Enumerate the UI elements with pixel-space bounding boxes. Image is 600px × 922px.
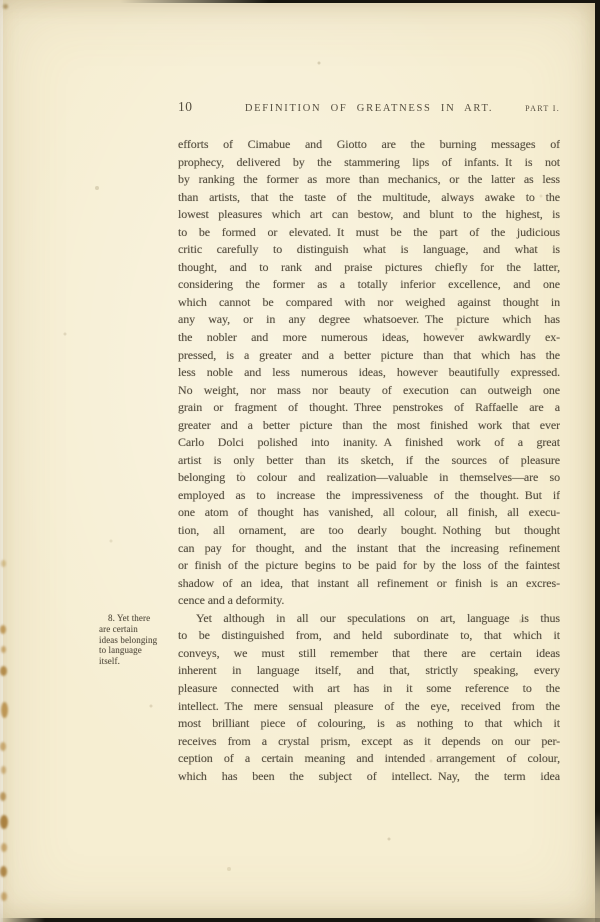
note-line: are certain (99, 624, 177, 635)
text-line: Yet although in all our speculations on … (178, 610, 560, 628)
page-number: 10 (178, 99, 193, 115)
text-line: cence and a deformity. (178, 592, 560, 610)
text-line: employed as to increase the impressivene… (178, 487, 560, 505)
text-line: grain or fragment of thought. Three pens… (178, 399, 560, 417)
text-line: inherent in language itself, and that, s… (178, 662, 560, 680)
text-line: shadow of an idea, that instant all refi… (178, 575, 560, 593)
paragraph: Yet although in all our speculations on … (178, 610, 560, 785)
text-line: can pay for thought, and the instant tha… (178, 540, 560, 558)
text-line: intellect. The mere sensual pleasure of … (178, 698, 560, 716)
text-line: considering the former as a totally infe… (178, 276, 560, 294)
text-line: to be distinguished from, and held subor… (178, 627, 560, 645)
text-line: lowest pleasures which art can bestow, a… (178, 206, 560, 224)
text-line: Carlo Dolci polished into inanity. A fin… (178, 434, 560, 452)
text-line: which cannot be compared with nor weighe… (178, 294, 560, 312)
text-line: pleasure connected with art has in it so… (178, 680, 560, 698)
page-header: 10 DEFINITION OF GREATNESS IN ART. PART … (178, 99, 560, 115)
scan-border-right (595, 0, 600, 922)
text-line: the nobler and more numerous ideas, howe… (178, 329, 560, 347)
text-line: conveys, we must still remember that the… (178, 645, 560, 663)
text-line: prophecy, delivered by the stammering li… (178, 154, 560, 172)
margin-note: 8. Yet thereare certainideas belongingto… (99, 613, 177, 667)
note-line: to language (99, 645, 177, 656)
text-line: receives from a crystal prism, except as… (178, 733, 560, 751)
text-line: belonging to colour and realization—valu… (178, 469, 560, 487)
text-line: No weight, nor mass nor beauty of execut… (178, 382, 560, 400)
text-line: tion, all ornament, are too dearly bough… (178, 522, 560, 540)
text-line: than artists, that the taste of the mult… (178, 189, 560, 207)
text-line: any way, or in any degree whatsoever. Th… (178, 311, 560, 329)
text-line: less noble and less numerous ideas, howe… (178, 364, 560, 382)
text-line: efforts of Cimabue and Giotto are the bu… (178, 136, 560, 154)
scan-border-bottom (0, 918, 600, 922)
page-left-edge (0, 0, 3, 922)
text-line: ception of a certain meaning and intende… (178, 750, 560, 768)
note-line: ideas belonging (99, 635, 177, 646)
note-line: itself. (99, 656, 177, 667)
text-line: pressed, is a greater and a better pictu… (178, 347, 560, 365)
text-line: artist is only better than its sketch, i… (178, 452, 560, 470)
text-line: most brilliant piece of colouring, is as… (178, 715, 560, 733)
text-line: thought, and to rank and praise pictures… (178, 259, 560, 277)
running-title: DEFINITION OF GREATNESS IN ART. (245, 103, 493, 114)
text-line: by ranking the former as more than mecha… (178, 171, 560, 189)
body-text: efforts of Cimabue and Giotto are the bu… (178, 136, 560, 785)
text-line: which has been the subject of intellect.… (178, 768, 560, 786)
text-line: greater and a better picture than the mo… (178, 417, 560, 435)
scanned-book-page: 10 DEFINITION OF GREATNESS IN ART. PART … (0, 0, 600, 922)
text-line: or finish of the picture begins to be pa… (178, 557, 560, 575)
scan-border-top (0, 0, 600, 3)
note-line: 8. Yet there (99, 613, 177, 624)
text-line: to be formed or elevated. It must be the… (178, 224, 560, 242)
foxing-stain (3, 4, 8, 9)
part-label: PART I. (525, 104, 560, 113)
paragraph: efforts of Cimabue and Giotto are the bu… (178, 136, 560, 610)
text-line: critic carefully to distinguish what is … (178, 241, 560, 259)
text-line: one atom of thought has vanished, all co… (178, 504, 560, 522)
